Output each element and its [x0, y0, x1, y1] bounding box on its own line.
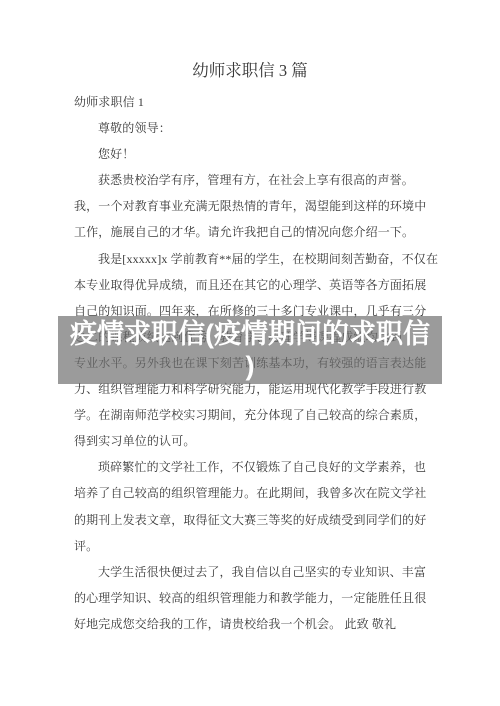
document-line: 大学生活很快便过去了，我自信以自己坚实的专业知识、丰富 — [74, 559, 428, 585]
document-title: 幼师求职信 3 篇 — [0, 58, 500, 84]
document-line: 我是[xxxxx]x 学前教育**届的学生，在校期间刻苦勤奋，不仅在 — [74, 246, 428, 272]
document-line: 的期刊上发表文章，取得征文大赛三等奖的好成绩受到同学们的好 — [74, 507, 428, 533]
document-line: 培养了自己较高的组织管理能力。在此期间，我曾多次在院文学社 — [74, 480, 428, 506]
document-line: 尊敬的领导： — [74, 115, 428, 141]
document-line: 我，一个对教育事业充满无限热情的青年，渴望能到这样的环境中 — [74, 193, 428, 219]
document-line: 本专业取得优异成绩，而且还在其它的心理学、英语等各方面拓展 — [74, 272, 428, 298]
watermark-title-line-2: ) — [246, 350, 255, 382]
document-line: 工作，施展自己的才华。请允许我把自己的情况向您介绍一下。 — [74, 219, 428, 245]
document-line: 您好！ — [74, 141, 428, 167]
watermark-title-banner: 疫情求职信(疫情期间的求职信 ) — [58, 316, 442, 384]
document-line: 获悉贵校治学有序，管理有方，在社会上享有很高的声誉。 — [74, 167, 428, 193]
document-line: 的心理学知识、较高的组织管理能力和教学能力，一定能胜任且很 — [74, 585, 428, 611]
watermark-title-line-1: 疫情求职信(疫情期间的求职信 — [70, 318, 430, 350]
document-line: 评。 — [74, 533, 428, 559]
document-line: 幼师求职信 1 — [74, 89, 428, 115]
document-line: 琐碎繁忙的文学社工作，不仅锻炼了自己良好的文学素养，也 — [74, 454, 428, 480]
document-line: 好地完成您交给我的工作，请贵校给我一个机会。 此致 敬礼 — [74, 611, 428, 637]
document-line: 得到实习单位的认可。 — [74, 428, 428, 454]
document-page: 幼师求职信 3 篇 幼师求职信 1尊敬的领导：您好！获悉贵校治学有序，管理有方，… — [0, 0, 500, 706]
document-line: 学。在湖南师范学校实习期间，充分体现了自己较高的综合素质， — [74, 402, 428, 428]
